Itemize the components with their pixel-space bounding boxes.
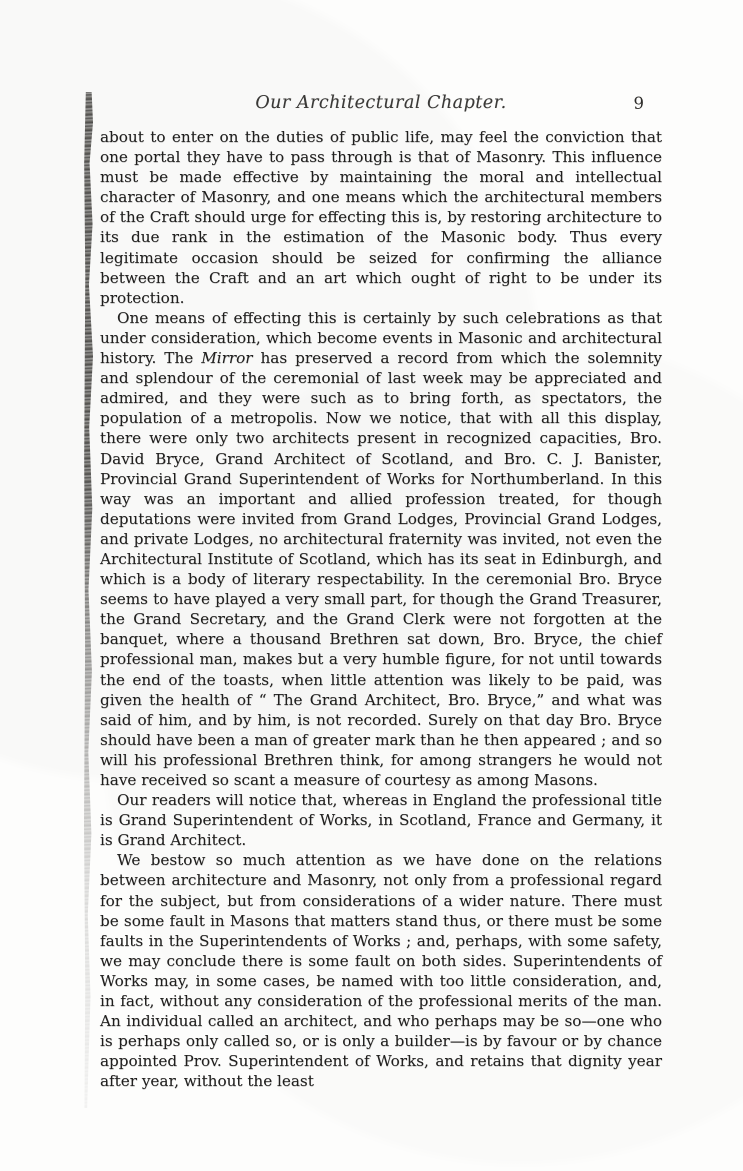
paragraph-text: has preserved a record from which the so… <box>100 349 662 789</box>
page-title: Our Architectural Chapter. <box>100 93 662 113</box>
binding-gutter-edge <box>84 92 93 1108</box>
running-header: Our Architectural Chapter. 9 <box>100 93 662 117</box>
journal-name-italic: Mirror <box>201 349 252 367</box>
body-text-block: about to enter on the duties of public l… <box>100 127 662 1092</box>
paragraph: about to enter on the duties of public l… <box>100 127 662 308</box>
scanned-document-page: Our Architectural Chapter. 9 about to en… <box>0 0 743 1171</box>
paragraph: We bestow so much attention as we have d… <box>100 850 662 1091</box>
paragraph-text: We bestow so much attention as we have d… <box>100 851 662 1090</box>
paragraph-text: about to enter on the duties of public l… <box>100 128 662 307</box>
paragraph: Our readers will notice that, whereas in… <box>100 790 662 850</box>
paragraph-text: Our readers will notice that, whereas in… <box>100 791 662 849</box>
paragraph: One means of effecting this is certainly… <box>100 308 662 790</box>
page-number: 9 <box>634 94 645 113</box>
